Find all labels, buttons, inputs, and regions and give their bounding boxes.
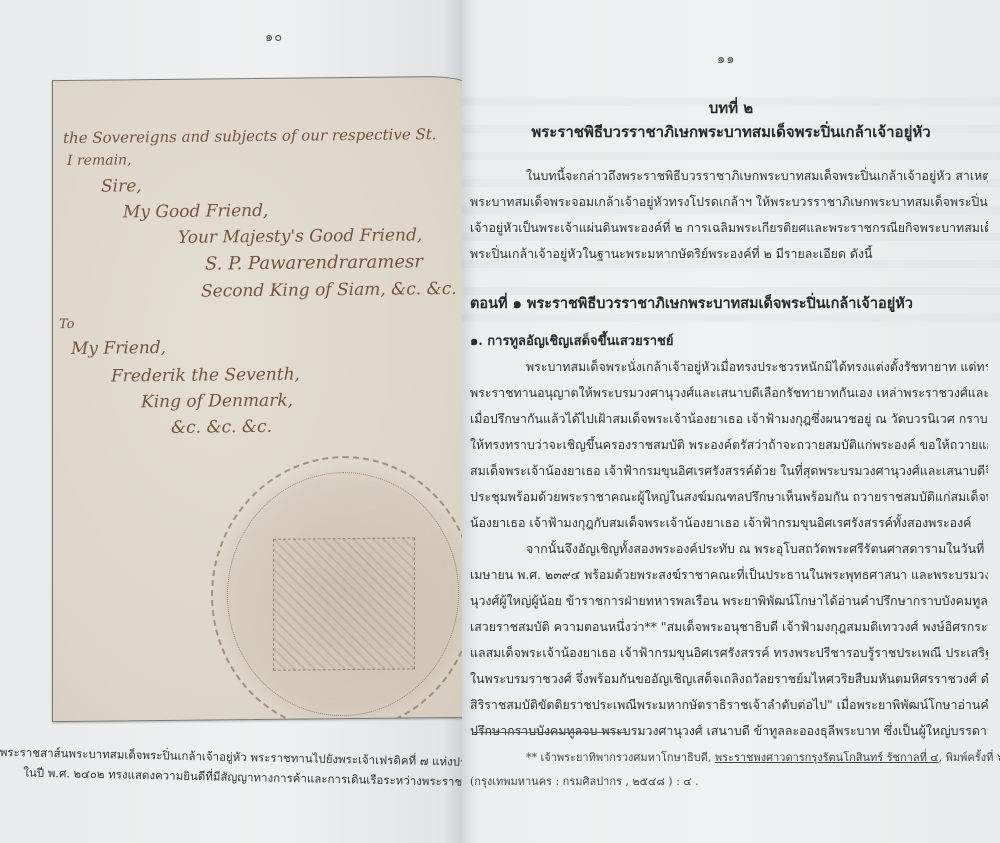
body-line: เสวยราชสมบัติ ความตอนหนึ่งว่า** "สมเด็จพ… bbox=[470, 618, 988, 637]
signature: S. P. Pawarendraramesr bbox=[205, 251, 423, 274]
handwriting-line: Second King of Siam, &c. &c. &c. bbox=[201, 279, 466, 302]
intro-line: เจ้าอยู่หัวเป็นพระเจ้าแผ่นดินพระองค์ที่ … bbox=[470, 219, 988, 238]
letter-photograph: the Sovereigns and subjects of our respe… bbox=[52, 76, 466, 722]
chapter-number: บทที่ ๒ bbox=[462, 96, 1000, 120]
body-line: เมื่อปรึกษากันแล้วได้ไปเฝ้าสมเด็จพระเจ้า… bbox=[470, 410, 988, 429]
handwriting-line: Sire, bbox=[101, 176, 142, 196]
handwriting-line: I remain, bbox=[67, 152, 132, 169]
handwriting-line: the Sovereigns and subjects of our respe… bbox=[63, 125, 437, 147]
left-page: ๑๐ the Sovereigns and subjects of our re… bbox=[0, 0, 462, 843]
body-line: พระราชทานอนุญาตให้พระบรมวงศานุวงศ์และเสน… bbox=[470, 384, 988, 403]
intro-line: ในบทนี้จะกล่าวถึงพระราชพิธีบวรราชาภิเษกพ… bbox=[470, 167, 988, 186]
footnote-line-1: ** เจ้าพระยาทิพากรวงศมหาโกษาธิบดี, พระรา… bbox=[526, 748, 1000, 766]
seal-emblem bbox=[273, 537, 415, 670]
royal-seal-icon bbox=[211, 455, 466, 722]
figure-caption: พระราชสาส์นพระบาทสมเด็จพระปิ่นเกล้าเจ้าอ… bbox=[0, 742, 462, 792]
right-page: ๑๑ บทที่ ๒ พระราชพิธีบวรราชาภิเษกพระบาทส… bbox=[462, 0, 1000, 843]
book-spread: ๑๐ the Sovereigns and subjects of our re… bbox=[0, 0, 1000, 843]
handwriting-line: King of Denmark, bbox=[141, 391, 293, 413]
handwriting-line: My Good Friend, bbox=[123, 201, 268, 223]
intro-line: พระบาทสมเด็จพระจอมเกล้าเจ้าอยู่หัวทรงโปร… bbox=[470, 193, 988, 212]
footnote-publisher: (กรุงเทพมหานคร : กรมศิลปากร , ๒๕๔๘ ) : ๔… bbox=[470, 772, 699, 790]
body-line: น้องยาเธอ เจ้าฟ้ามงกุฎกับสมเด็จพระเจ้าน้… bbox=[470, 514, 988, 533]
body-line: ในพระบรมราชวงศ์ จึ่งพร้อมกันขออัญเชิญเสด… bbox=[470, 670, 988, 689]
handwriting-line: Your Majesty's Good Friend, bbox=[178, 225, 422, 248]
body-line: เมษายน พ.ศ. ๒๓๙๔ พร้อมด้วยพระสงฆ์ราชาคณะ… bbox=[470, 566, 988, 585]
subsection-title: ๑. การทูลอัญเชิญเสด็จขึ้นเสวยราชย์ bbox=[470, 330, 673, 351]
body-line: สิริราชสมบัติขัตติยราชประเพณีพระมหากษัตร… bbox=[470, 696, 988, 715]
footnote-edition: , พิมพ์ครั้งที่ ๖ bbox=[939, 751, 1000, 764]
body-line: ให้ทรงทราบว่าจะเชิญขึ้นครองราชสมบัติ พระ… bbox=[470, 436, 988, 455]
body-line: พระบาทสมเด็จพระนั่งเกล้าเจ้าอยู่หัวเมื่อ… bbox=[470, 358, 988, 377]
footnote-marker: ** bbox=[526, 751, 537, 764]
body-line: นุวงศ์ผู้ใหญ่ผู้น้อย ข้าราชการฝ่ายทหารพล… bbox=[470, 592, 988, 611]
page-number-left: ๑๐ bbox=[265, 26, 283, 47]
handwriting-line: To bbox=[59, 317, 75, 332]
chapter-title: พระราชพิธีบวรราชาภิเษกพระบาทสมเด็จพระปิ่… bbox=[462, 120, 1000, 144]
footnote-author: เจ้าพระยาทิพากรวงศมหาโกษาธิบดี, bbox=[541, 751, 712, 764]
body-line: สมเด็จพระเจ้าน้องยาเธอ เจ้าฟ้ากรมขุนอิศเ… bbox=[470, 462, 988, 481]
handwriting-line: &c. &c. &c. bbox=[171, 417, 272, 438]
body-line: ประชุมพร้อมด้วยพระราชาคณะผู้ใหญ่ในสงฆ์มณ… bbox=[470, 488, 988, 507]
page-number-right: ๑๑ bbox=[717, 48, 736, 69]
body-line: จากนั้นจึงอัญเชิญทั้งสองพระองค์ประทับ ณ … bbox=[470, 540, 988, 559]
body-line: แลสมเด็จพระเจ้าน้องยาเธอ เจ้าฟ้ากรมขุนอิ… bbox=[470, 644, 988, 663]
footnote-book-title: พระราชพงศาวดารกรุงรัตนโกสินทร์ รัชกาลที่… bbox=[715, 751, 939, 764]
handwriting-line: Frederik the Seventh, bbox=[111, 365, 300, 387]
section-title: ตอนที่ ๑ พระราชพิธีบวรราชาภิเษกพระบาทสมเ… bbox=[470, 292, 913, 315]
handwriting-line: My Friend, bbox=[71, 338, 166, 359]
footnote-divider bbox=[472, 732, 627, 733]
intro-line: พระปิ่นเกล้าเจ้าอยู่หัวในฐานะพระมหากษัตร… bbox=[470, 245, 988, 264]
